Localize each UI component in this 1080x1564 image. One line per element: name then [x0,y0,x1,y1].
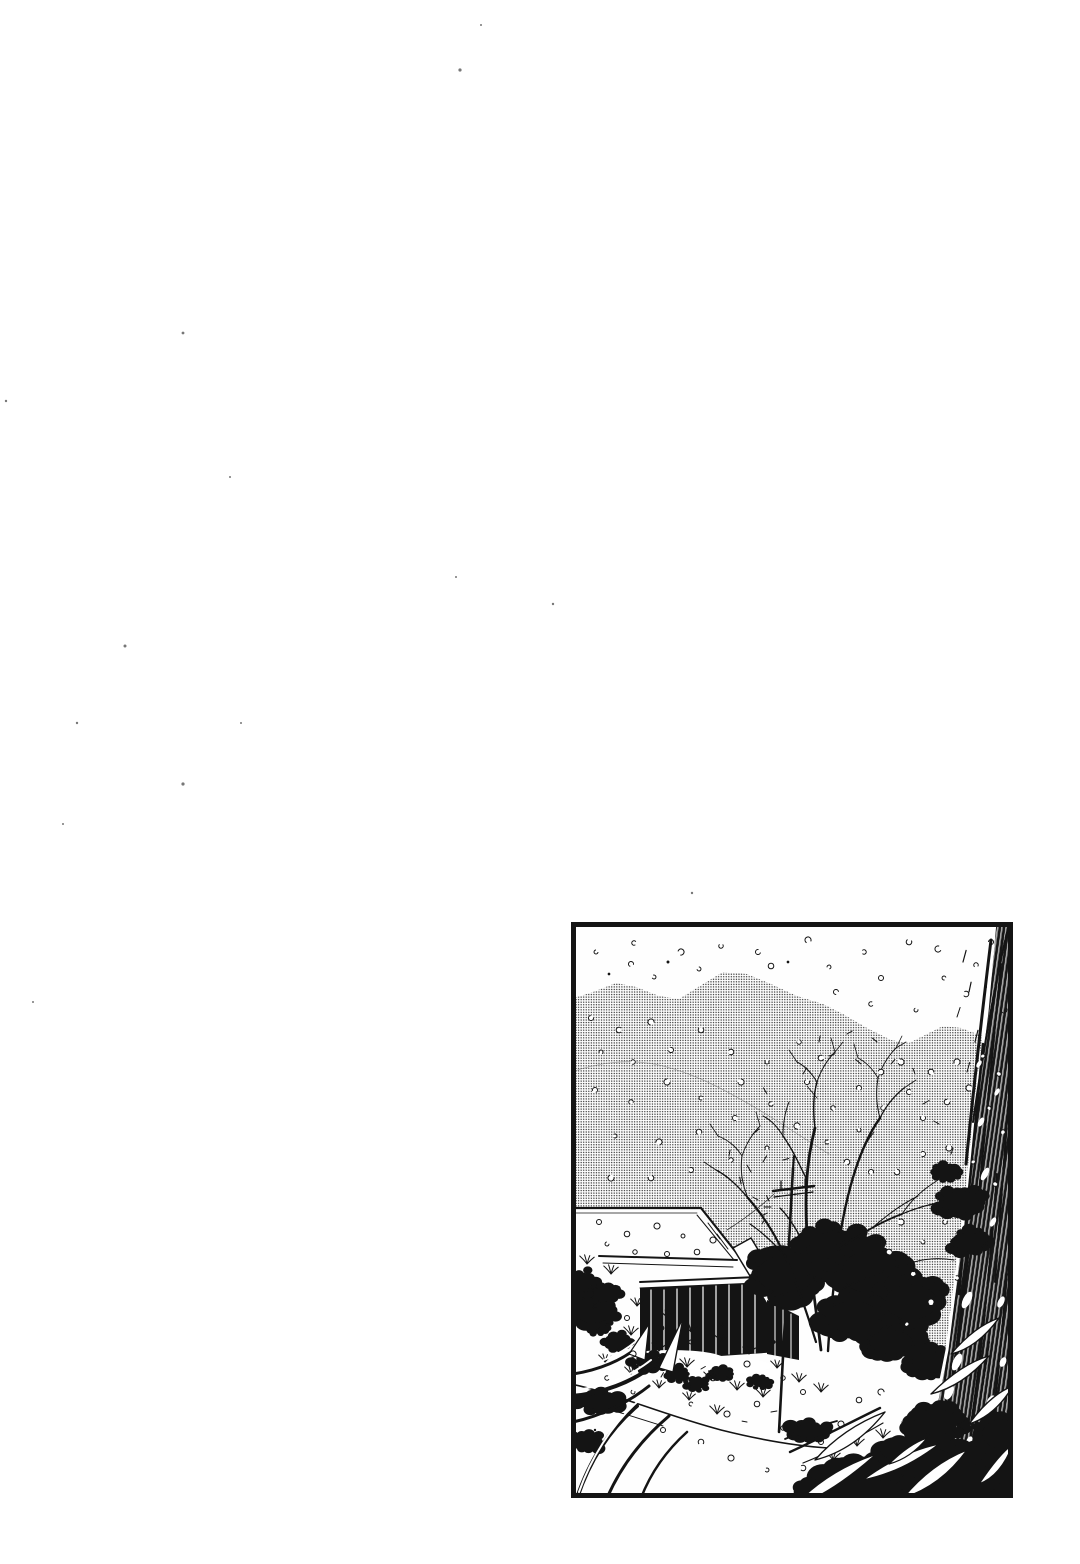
artwork-svg [0,0,1080,1564]
page-dust-specks [5,24,693,1003]
panel-art [559,922,1028,1512]
scanned-comic-page [0,0,1080,1564]
